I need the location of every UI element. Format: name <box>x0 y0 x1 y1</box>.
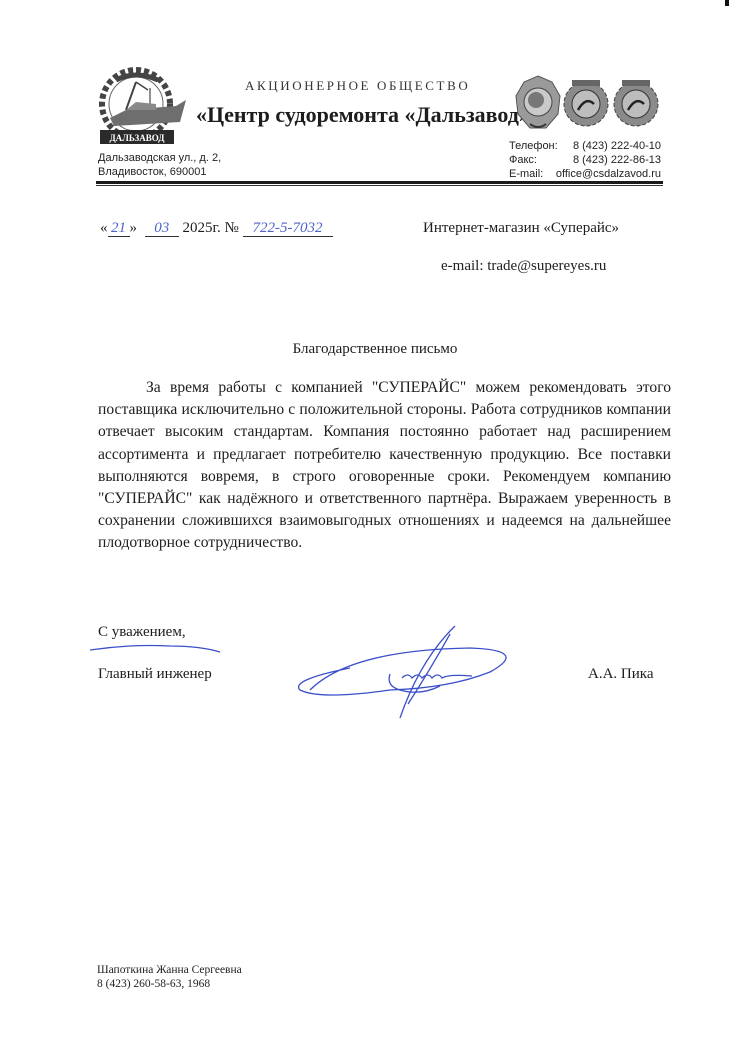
email-label: E-mail: <box>509 167 543 181</box>
email-row: E-mail: office@csdalzavod.ru <box>509 167 661 181</box>
date-month: 03 <box>145 221 179 237</box>
letterhead-divider <box>96 181 663 186</box>
email-value: office@csdalzavod.ru <box>556 167 661 181</box>
handwritten-signature-icon <box>290 620 530 720</box>
date-day: 21 <box>108 221 130 237</box>
phone-value: 8 (423) 222-40-10 <box>573 139 661 153</box>
signer-name: А.А. Пика <box>588 666 654 683</box>
company-contacts: Телефон: 8 (423) 222-40-10 Факс: 8 (423)… <box>509 139 661 181</box>
fax-value: 8 (423) 222-86-13 <box>573 153 661 167</box>
medals <box>512 74 662 136</box>
svg-text:ДАЛЬЗАВОД: ДАЛЬЗАВОД <box>109 133 165 143</box>
fax-row: Факс: 8 (423) 222-86-13 <box>509 153 661 167</box>
order-of-red-banner-icon <box>564 80 608 126</box>
org-type: АКЦИОНЕРНОЕ ОБЩЕСТВО <box>245 78 470 94</box>
order-of-red-banner-icon <box>614 80 658 126</box>
recipient-email: e-mail: trade@supereyes.ru <box>441 258 606 275</box>
number-sign: № <box>224 220 238 236</box>
date-year: 2025г. <box>183 220 221 236</box>
pen-stroke-icon <box>90 638 230 656</box>
recipient-name: Интернет-магазин «Суперайс» <box>423 220 619 237</box>
phone-label: Телефон: <box>509 139 558 153</box>
reference-line: «21» 03 2025г. № 722-5-7032 <box>100 220 333 237</box>
org-name: «Центр судоремонта «Дальзавод» <box>196 102 530 128</box>
address-line-2: Владивосток, 690001 <box>98 165 221 179</box>
letter-body: За время работы с компанией "СУПЕРАЙС" м… <box>98 377 671 555</box>
company-logo: ДАЛЬЗАВОД <box>96 66 188 150</box>
phone-row: Телефон: 8 (423) 222-40-10 <box>509 139 661 153</box>
signer-position: Главный инженер <box>98 666 212 683</box>
executor-name: Шапоткина Жанна Сергеевна <box>97 963 242 977</box>
fax-label: Факс: <box>509 153 537 167</box>
executor-info: Шапоткина Жанна Сергеевна 8 (423) 260-58… <box>97 963 242 991</box>
executor-phone: 8 (423) 260-58-63, 1968 <box>97 977 242 991</box>
order-of-lenin-icon <box>516 76 560 128</box>
shipyard-gear-logo-icon: ДАЛЬЗАВОД <box>96 66 188 150</box>
letter-title: Благодарственное письмо <box>0 341 750 358</box>
address-line-1: Дальзаводская ул., д. 2, <box>98 151 221 165</box>
letter-number: 722-5-7032 <box>243 221 333 237</box>
company-address: Дальзаводская ул., д. 2, Владивосток, 69… <box>98 151 221 179</box>
scan-artifact <box>725 0 729 6</box>
